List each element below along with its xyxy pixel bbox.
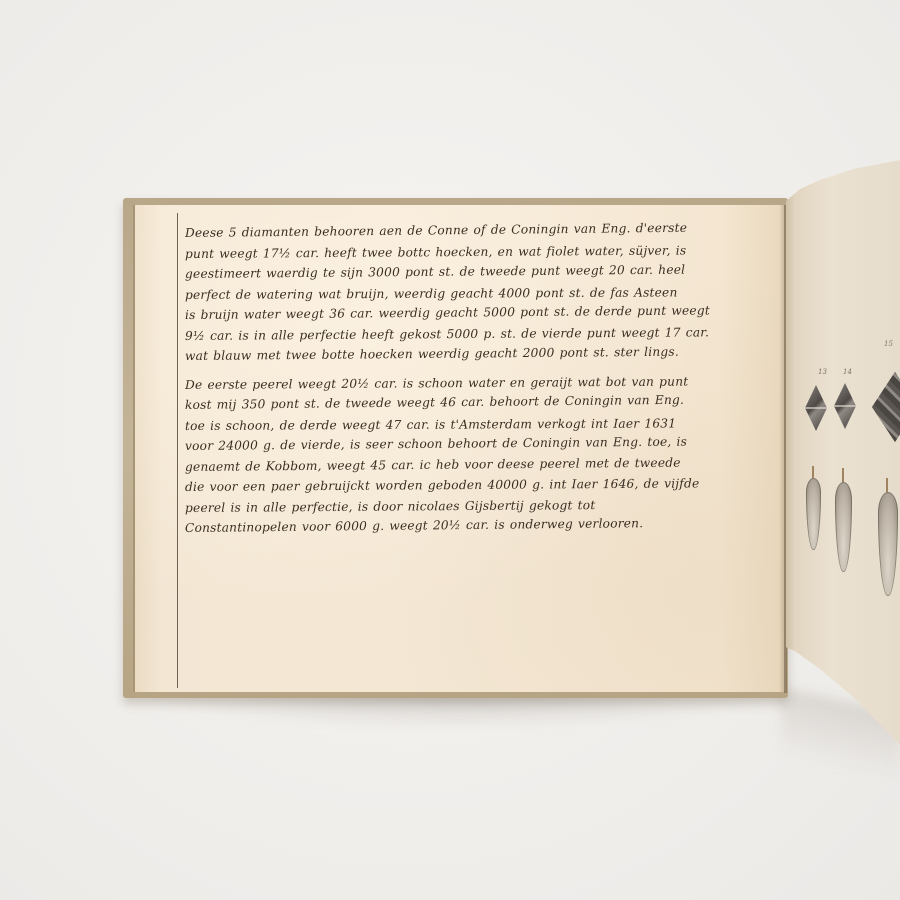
gem-label: 14 (843, 368, 852, 376)
manuscript-page: Deese 5 diamanten behooren aen de Conne … (133, 205, 786, 692)
paragraph-diamonds: Deese 5 diamanten behooren aen de Conne … (185, 223, 777, 367)
text-line: wat blauw met twee botte hoecken weerdig… (185, 341, 777, 367)
handwritten-text: Deese 5 diamanten behooren aen de Conne … (185, 223, 777, 547)
margin-rule (177, 213, 178, 688)
gem-label: 13 (818, 368, 827, 376)
paragraph-pearls: De eerste peerel weegt 20½ car. is schoo… (185, 375, 777, 539)
gem-label: 15 (884, 340, 893, 348)
text-line: geestimeert waerdig te sijn 3000 pont st… (185, 259, 777, 285)
